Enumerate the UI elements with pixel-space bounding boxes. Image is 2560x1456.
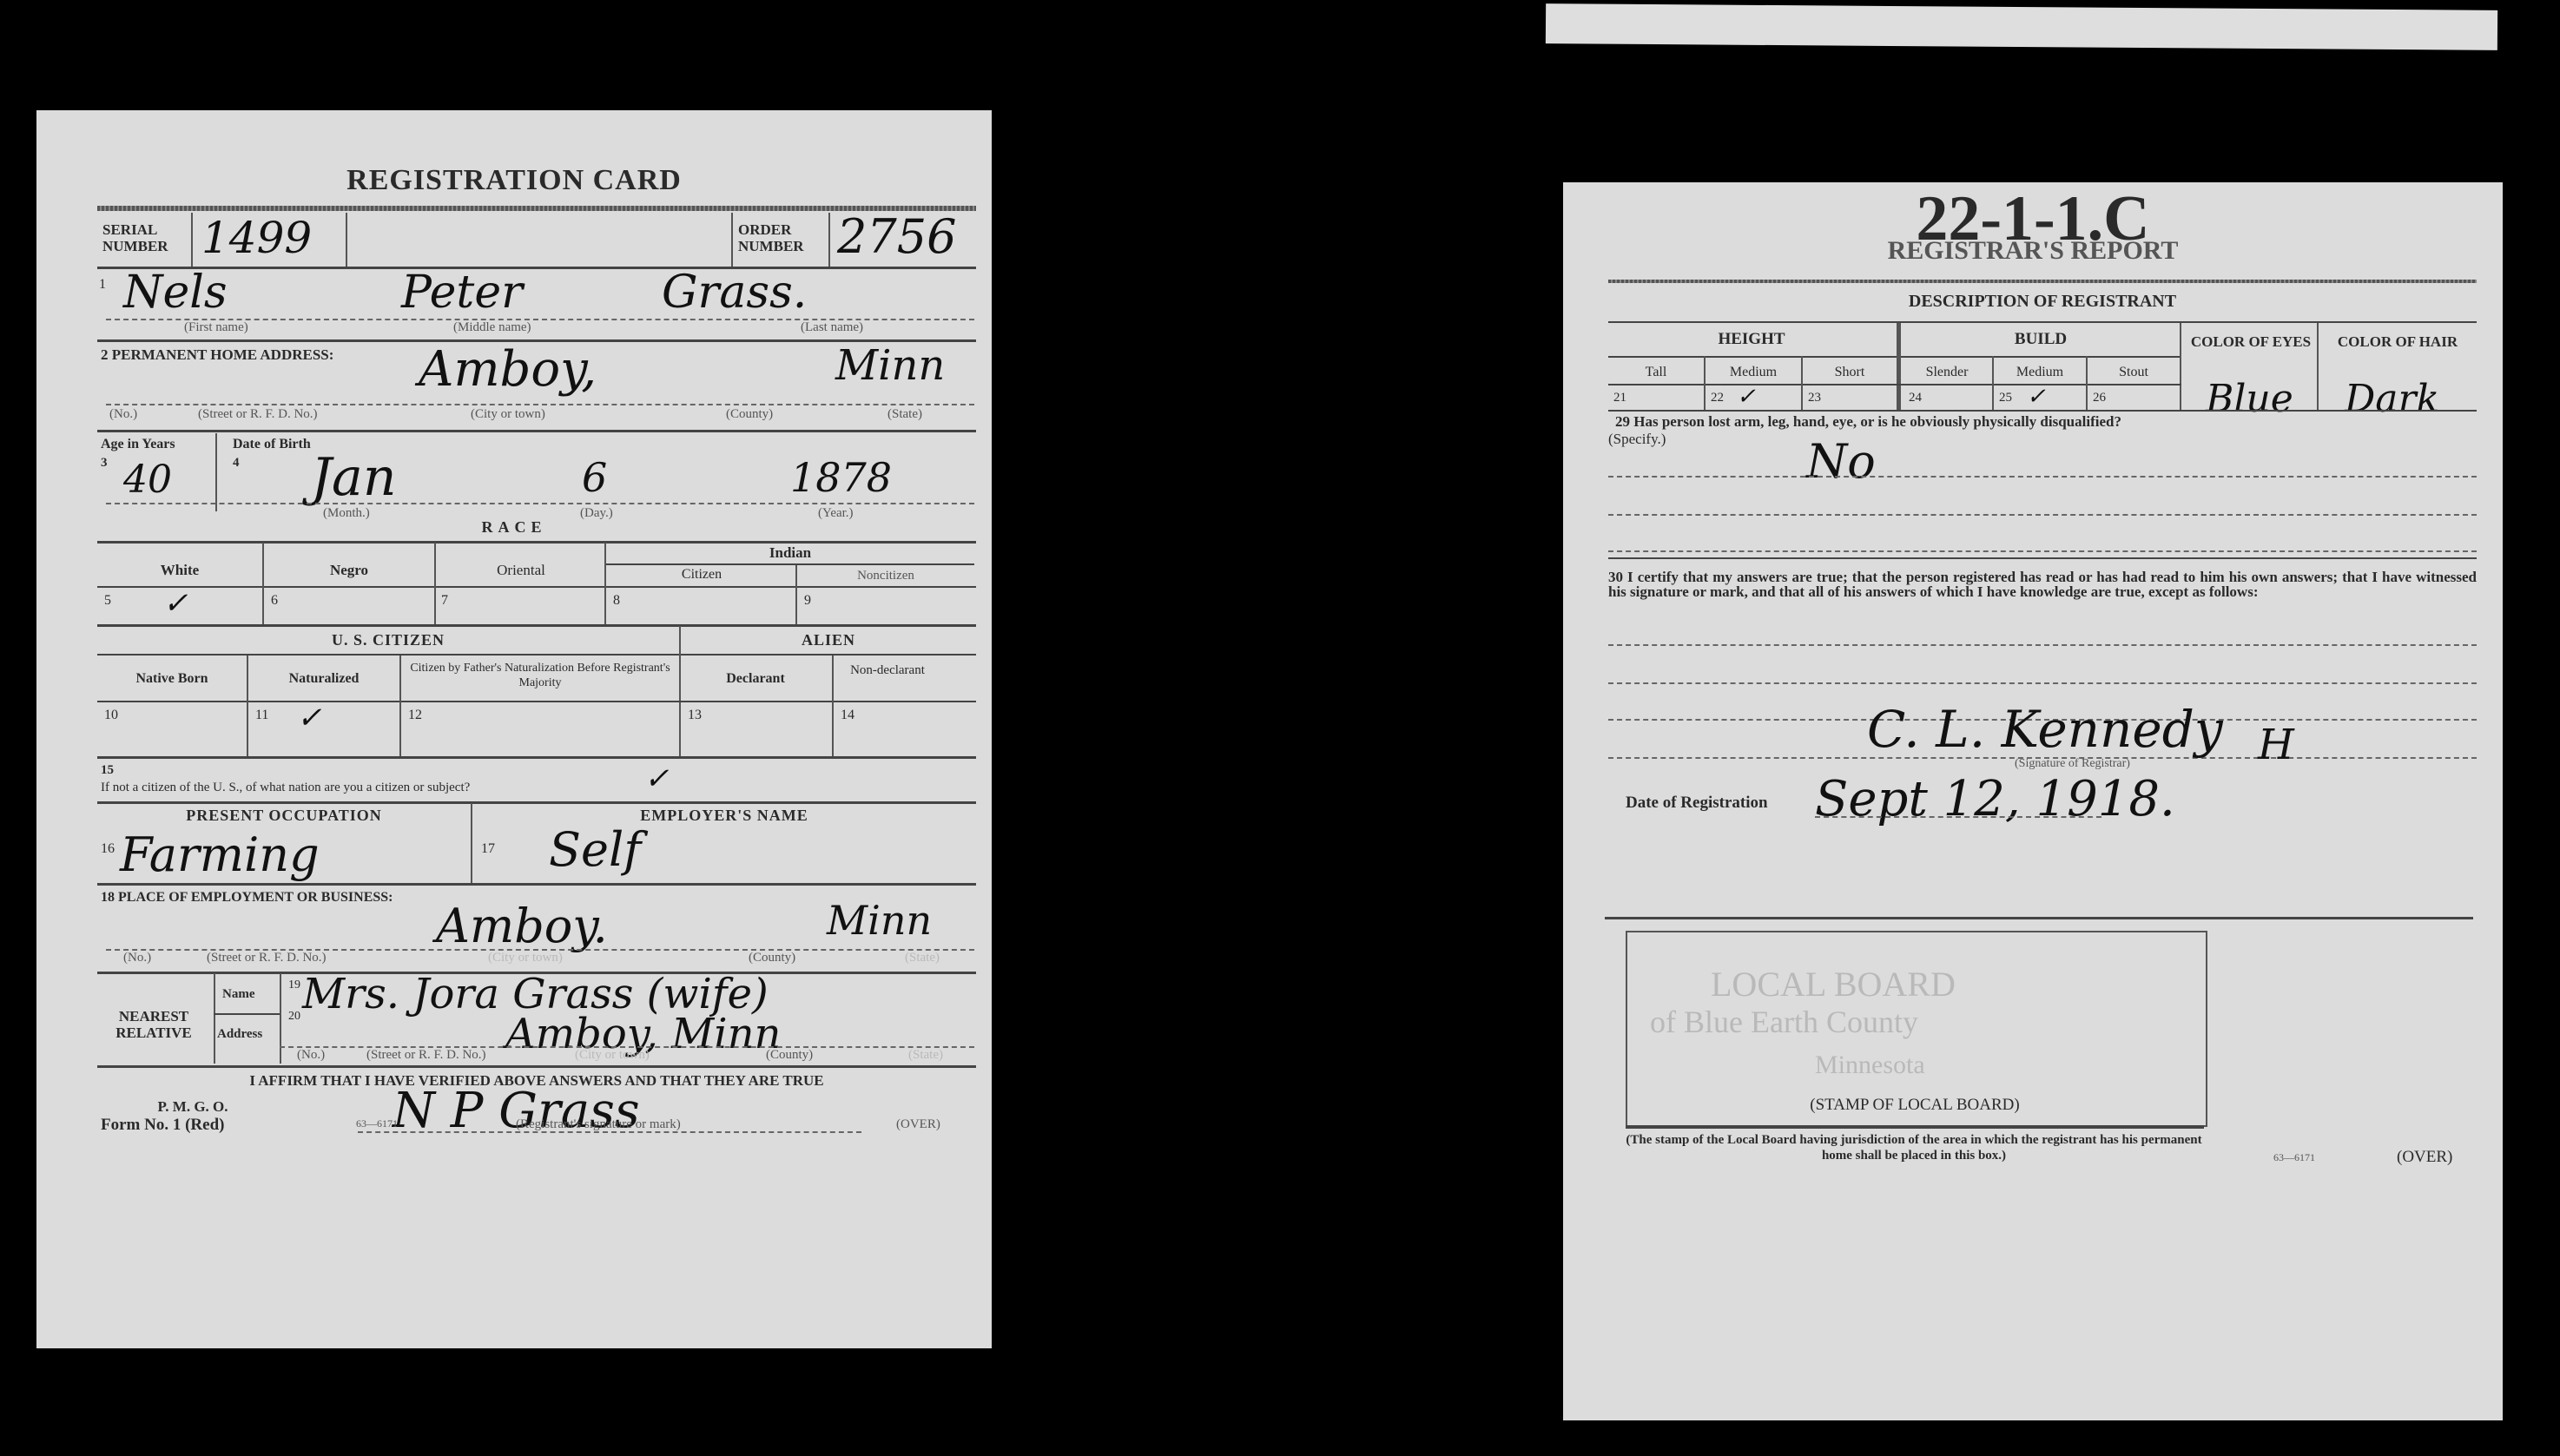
date-of-registration-label: Date of Registration xyxy=(1626,794,1768,813)
occupation-value: Farming xyxy=(120,827,320,882)
race-white-label: White xyxy=(97,562,262,579)
eyes-color-value: Blue xyxy=(2206,377,2293,421)
rule xyxy=(1608,280,2477,283)
q26-number: 26 xyxy=(2093,391,2106,405)
build-medium-check: ✓ xyxy=(2027,384,2046,410)
height-title: HEIGHT xyxy=(1608,330,1895,349)
rule xyxy=(214,1013,280,1015)
q3-number: 3 xyxy=(101,456,108,471)
race-oriental-label: Oriental xyxy=(436,562,606,579)
divider xyxy=(399,656,401,756)
employment-label-county: (County) xyxy=(749,951,795,965)
q7-number: 7 xyxy=(441,593,448,609)
date-of-registration-value: Sept 12, 1918. xyxy=(1815,771,2175,827)
registrar-signature-label: (Signature of Registrar) xyxy=(2015,757,2130,771)
home-state-value: Minn xyxy=(835,341,945,390)
divider xyxy=(262,543,264,624)
dotted-line xyxy=(1608,550,2477,552)
rule xyxy=(97,430,976,432)
middle-name-label: (Middle name) xyxy=(453,320,531,335)
employment-state-value: Minn xyxy=(827,897,932,944)
dotted-line xyxy=(1815,816,2101,818)
build-stout-label: Stout xyxy=(2088,365,2180,380)
pmgo-label: P. M. G. O. xyxy=(106,1098,280,1116)
employment-city-value: Amboy. xyxy=(436,899,608,953)
form-number-label: Form No. 1 (Red) xyxy=(101,1116,224,1135)
rule xyxy=(97,756,976,759)
divider xyxy=(1897,323,1901,410)
divider xyxy=(1704,356,1706,410)
serial-number-value: 1499 xyxy=(201,213,312,263)
height-short-label: Short xyxy=(1803,365,1897,380)
dob-month-value: Jan xyxy=(311,447,396,508)
divider xyxy=(2086,356,2088,410)
divider xyxy=(679,626,681,756)
home-address-label: 2 PERMANENT HOME ADDRESS: xyxy=(101,346,333,364)
dob-year-value: 1878 xyxy=(790,454,892,501)
registrar-signature: C. L. Kennedy xyxy=(1867,700,2223,759)
alien-title: ALIEN xyxy=(681,631,976,649)
us-citizen-title: U. S. CITIZEN xyxy=(97,631,679,649)
rule xyxy=(97,541,976,544)
last-name-label: (Last name) xyxy=(801,320,863,335)
employment-place-label: 18 PLACE OF EMPLOYMENT OR BUSINESS: xyxy=(101,890,393,906)
rule xyxy=(606,563,974,565)
address-label-street: (Street or R. F. D. No.) xyxy=(198,407,318,422)
over-label: (OVER) xyxy=(896,1117,940,1132)
rule xyxy=(1608,557,2477,559)
rule xyxy=(97,654,976,656)
dotted-line xyxy=(106,503,974,504)
q11-number: 11 xyxy=(255,708,268,723)
build-slender-label: Slender xyxy=(1902,365,1992,380)
age-label: Age in Years xyxy=(101,437,175,452)
divider xyxy=(1801,356,1803,410)
non-declarant-label: Non-declarant xyxy=(835,662,940,678)
declarant-label: Declarant xyxy=(681,671,830,687)
q1-number: 1 xyxy=(99,277,106,293)
q20-number: 20 xyxy=(288,1010,300,1024)
first-name-value: Nels xyxy=(123,267,228,319)
divider xyxy=(346,213,347,267)
stamp-faded-line-1: LOCAL BOARD xyxy=(1711,964,1956,1005)
build-title: BUILD xyxy=(1902,330,2180,349)
divider xyxy=(191,213,193,267)
divider xyxy=(215,433,217,511)
employer-title: EMPLOYER'S NAME xyxy=(472,807,976,825)
serial-number-label: SERIAL NUMBER xyxy=(102,221,181,254)
q23-number: 23 xyxy=(1808,391,1821,405)
rule xyxy=(1608,410,2477,412)
relative-address-label: Address xyxy=(217,1027,262,1042)
relative-name-label: Name xyxy=(222,987,255,1002)
q24-number: 24 xyxy=(1909,391,1922,405)
employer-value: Self xyxy=(549,822,641,877)
print-code: 63—6171 xyxy=(2273,1151,2315,1164)
rule xyxy=(97,801,976,804)
age-value: 40 xyxy=(123,458,172,502)
relative-label-city: (City or town) xyxy=(575,1048,650,1063)
rule xyxy=(1608,384,2181,385)
dotted-line xyxy=(1608,644,2477,646)
citizen-by-father-label: Citizen by Father's Naturalization Befor… xyxy=(401,661,679,690)
rule xyxy=(97,586,976,588)
rule xyxy=(97,701,976,702)
divider xyxy=(247,656,248,756)
over-label: (OVER) xyxy=(2397,1148,2452,1167)
rule xyxy=(1608,321,2477,323)
q19-number: 19 xyxy=(288,978,300,992)
q8-number: 8 xyxy=(613,593,620,609)
dob-day-value: 6 xyxy=(582,454,607,501)
race-indian-citizen-label: Citizen xyxy=(606,567,797,583)
divider xyxy=(214,973,215,1064)
divider xyxy=(2180,323,2181,410)
order-number-value: 2756 xyxy=(837,209,956,264)
hair-color-value: Dark xyxy=(2345,377,2439,421)
rule xyxy=(1608,356,2181,358)
q29-specify: (Specify.) xyxy=(1608,431,1666,448)
stamp-note: (The stamp of the Local Board having jur… xyxy=(1619,1132,2209,1163)
relative-label-street: (Street or R. F. D. No.) xyxy=(366,1048,486,1063)
address-label-county: (County) xyxy=(726,407,773,422)
divider xyxy=(795,565,797,624)
q17-number: 17 xyxy=(481,841,495,857)
q12-number: 12 xyxy=(408,708,422,723)
relative-label-state: (State) xyxy=(908,1048,943,1063)
relative-label-county: (County) xyxy=(766,1048,813,1063)
q13-number: 13 xyxy=(688,708,702,723)
rule xyxy=(1626,1125,2204,1129)
divider xyxy=(604,543,606,624)
rule xyxy=(97,883,976,886)
q15-question: If not a citizen of the U. S., of what n… xyxy=(101,781,470,795)
card-title: REGISTRATION CARD xyxy=(36,164,992,197)
middle-name-value: Peter xyxy=(401,267,523,319)
eyes-title: COLOR OF EYES xyxy=(2181,333,2320,351)
print-code: 63—6171 xyxy=(356,1117,398,1130)
rule xyxy=(97,1065,976,1068)
divider xyxy=(2317,323,2319,410)
race-negro-label: Negro xyxy=(264,562,434,579)
occupation-title: PRESENT OCCUPATION xyxy=(97,807,471,825)
divider xyxy=(1992,356,1994,410)
race-white-check: ✓ xyxy=(163,586,188,621)
stamp-faded-line-2: of Blue Earth County xyxy=(1650,1004,1918,1040)
registration-card: REGISTRATION CARD SERIAL NUMBER 1499 ORD… xyxy=(36,110,992,1348)
q25-number: 25 xyxy=(1999,391,2012,405)
q4-number: 4 xyxy=(233,456,240,471)
q14-number: 14 xyxy=(841,708,854,723)
divider xyxy=(280,973,281,1064)
build-medium-label: Medium xyxy=(1994,365,2086,380)
race-title: RACE xyxy=(36,518,992,537)
q10-number: 10 xyxy=(104,708,118,723)
q29-question: 29 Has person lost arm, leg, hand, eye, … xyxy=(1615,413,2121,431)
dob-label: Date of Birth xyxy=(233,437,311,452)
height-medium-label: Medium xyxy=(1706,365,1801,380)
home-city-value: Amboy, xyxy=(419,341,597,398)
address-label-state: (State) xyxy=(887,407,922,422)
rule xyxy=(1605,917,2473,919)
report-title: REGISTRAR'S REPORT xyxy=(1563,236,2503,266)
q15-number: 15 xyxy=(101,763,114,778)
nearest-relative-label: NEAREST RELATIVE xyxy=(97,1008,210,1041)
dotted-line xyxy=(1608,682,2477,684)
first-name-label: (First name) xyxy=(184,320,248,335)
dotted-line xyxy=(1608,476,2477,478)
employment-label-city: (City or town) xyxy=(488,951,563,965)
employment-label-street: (Street or R. F. D. No.) xyxy=(207,951,327,965)
address-label-no: (No.) xyxy=(109,407,137,422)
race-indian-noncitizen-label: Noncitizen xyxy=(797,569,974,583)
rule xyxy=(97,267,976,269)
address-label-city: (City or town) xyxy=(471,407,545,422)
divider xyxy=(471,803,472,883)
q9-number: 9 xyxy=(804,593,811,609)
order-number-label: ORDER NUMBER xyxy=(738,221,816,254)
height-tall-label: Tall xyxy=(1608,365,1704,380)
hair-title: COLOR OF HAIR xyxy=(2324,333,2471,351)
q29-answer: No xyxy=(1806,434,1876,489)
naturalized-label: Naturalized xyxy=(248,671,399,687)
signature-label: (Registrant's signature or mark) xyxy=(516,1117,681,1132)
q15-check: ✓ xyxy=(644,761,670,796)
divider xyxy=(832,656,834,756)
dotted-line xyxy=(106,404,974,405)
dotted-line xyxy=(1608,514,2477,516)
q5-number: 5 xyxy=(104,593,111,609)
registrars-report-card: 22-1-1.C REGISTRAR'S REPORT DESCRIPTION … xyxy=(1563,182,2503,1420)
q22-number: 22 xyxy=(1711,391,1724,405)
q30-certification: 30 I certify that my answers are true; t… xyxy=(1608,570,2477,599)
stamp-label: (STAMP OF LOCAL BOARD) xyxy=(1626,1096,2204,1115)
height-medium-check: ✓ xyxy=(1737,384,1756,410)
divider xyxy=(731,213,733,267)
employment-label-no: (No.) xyxy=(123,951,151,965)
stamp-faded-line-3: Minnesota xyxy=(1815,1051,1925,1080)
card-edge-strip xyxy=(1546,3,2497,50)
last-name-value: Grass. xyxy=(662,267,807,319)
naturalized-check: ✓ xyxy=(297,701,322,735)
description-title: DESCRIPTION OF REGISTRANT xyxy=(1608,292,2477,312)
divider xyxy=(434,543,436,624)
registrar-signature-suffix: H xyxy=(2258,721,2294,769)
rule xyxy=(97,624,976,627)
q6-number: 6 xyxy=(271,593,278,609)
divider xyxy=(828,213,830,267)
relative-label-no: (No.) xyxy=(297,1048,325,1063)
native-born-label: Native Born xyxy=(97,671,247,687)
employment-label-state: (State) xyxy=(905,951,940,965)
race-indian-label: Indian xyxy=(606,544,974,562)
q21-number: 21 xyxy=(1613,391,1626,405)
q16-number: 16 xyxy=(101,841,115,857)
